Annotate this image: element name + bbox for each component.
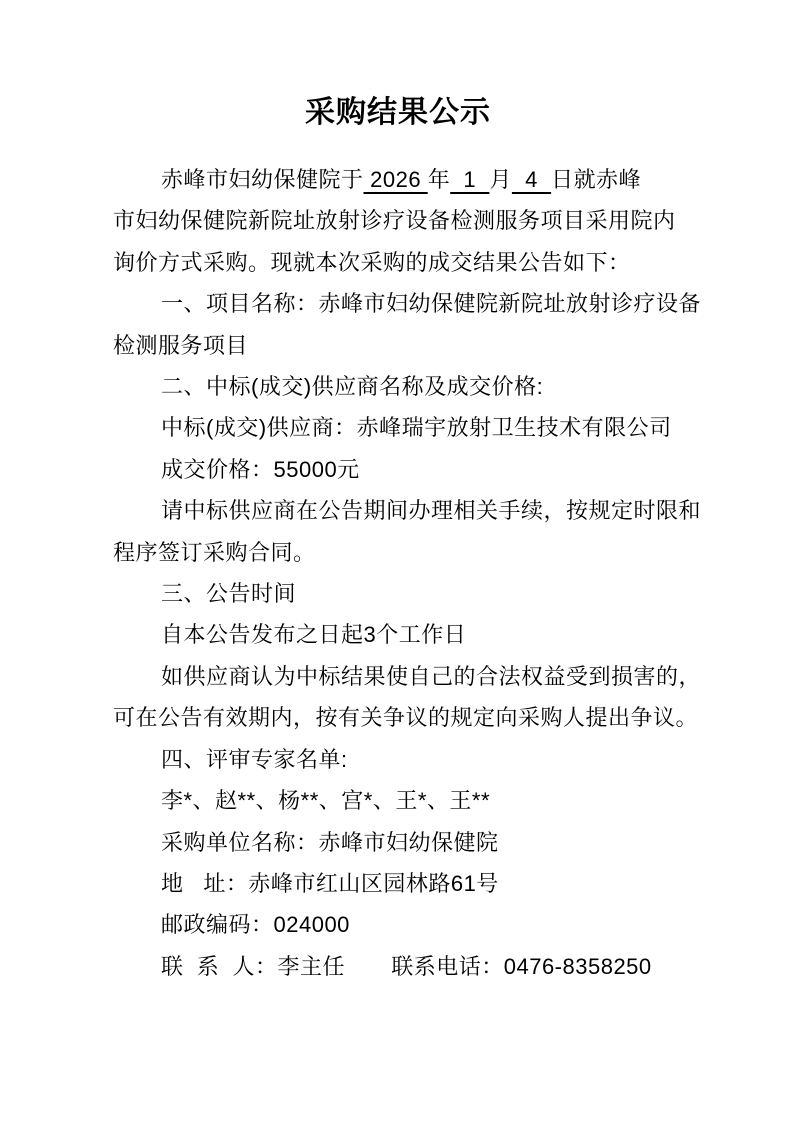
text-line: 一、项目名称：赤峰市妇幼保健院新院址放射诊疗设备: [113, 283, 683, 324]
text-line: 赤峰市妇幼保健院于 2026 年 1 月 4 日就赤峰: [113, 159, 683, 200]
text-line: 自本公告发布之日起3个工作日: [113, 614, 683, 655]
text-segment: 请中标供应商在公告期间办理相关手续，按规定时限和: [161, 498, 701, 523]
text-line: 可在公告有效期内，按有关争议的规定向采购人提出争议。: [113, 697, 683, 738]
text-segment: 三、公告时间: [161, 581, 296, 606]
text-line: 采购单位名称：赤峰市妇幼保健院: [113, 822, 683, 863]
text-line: 邮政编码：024000: [113, 904, 683, 945]
text-segment: 检测服务项目: [113, 333, 248, 358]
text-segment: 一、项目名称：赤峰市妇幼保健院新院址放射诊疗设备: [161, 291, 701, 316]
text-line: 中标(成交)供应商：赤峰瑞宇放射卫生技术有限公司: [113, 407, 683, 448]
underlined-blank: 4: [512, 167, 551, 192]
text-line: 地 址：赤峰市红山区园林路61号: [113, 863, 683, 904]
document-page: 采购结果公示 赤峰市妇幼保健院于 2026 年 1 月 4 日就赤峰市妇幼保健院…: [0, 0, 793, 1121]
text-line: 联 系 人：李主任 联系电话：0476-8358250: [113, 946, 683, 987]
document-title: 采购结果公示: [113, 96, 683, 130]
text-line: 程序签订采购合同。: [113, 532, 683, 573]
text-line: 检测服务项目: [113, 325, 683, 366]
text-segment: 年: [428, 167, 451, 192]
text-segment: 二、中标(成交)供应商名称及成交价格:: [161, 374, 543, 399]
text-line: 请中标供应商在公告期间办理相关手续，按规定时限和: [113, 490, 683, 531]
text-line: 成交价格：55000元: [113, 449, 683, 490]
text-segment: 地 址：赤峰市红山区园林路61号: [161, 871, 499, 896]
text-segment: 联 系 人：李主任 联系电话：0476-8358250: [161, 954, 652, 979]
text-segment: 月: [489, 167, 512, 192]
document-content: 采购结果公示 赤峰市妇幼保健院于 2026 年 1 月 4 日就赤峰市妇幼保健院…: [0, 0, 793, 987]
text-line: 市妇幼保健院新院址放射诊疗设备检测服务项目采用院内: [113, 200, 683, 241]
text-segment: 中标(成交)供应商：赤峰瑞宇放射卫生技术有限公司: [161, 415, 672, 440]
text-line: 二、中标(成交)供应商名称及成交价格:: [113, 366, 683, 407]
text-line: 李*、赵**、杨**、宫*、王*、王**: [113, 780, 683, 821]
text-segment: 市妇幼保健院新院址放射诊疗设备检测服务项目采用院内: [113, 208, 676, 233]
underlined-blank: 1: [450, 167, 489, 192]
text-segment: 赤峰市妇幼保健院于: [161, 167, 364, 192]
text-segment: 采购单位名称：赤峰市妇幼保健院: [161, 830, 499, 855]
text-segment: 日就赤峰: [551, 167, 641, 192]
text-line: 询价方式采购。现就本次采购的成交结果公告如下：: [113, 242, 683, 283]
text-segment: 李*、赵**、杨**、宫*、王*、王**: [161, 788, 490, 813]
text-segment: 可在公告有效期内，按有关争议的规定向采购人提出争议。: [113, 705, 698, 730]
text-segment: 如供应商认为中标结果使自己的合法权益受到损害的，: [161, 664, 701, 689]
underlined-blank: 2026: [364, 167, 428, 192]
text-line: 三、公告时间: [113, 573, 683, 614]
text-line: 如供应商认为中标结果使自己的合法权益受到损害的，: [113, 656, 683, 697]
text-segment: 询价方式采购。现就本次采购的成交结果公告如下：: [113, 250, 631, 275]
document-lines: 赤峰市妇幼保健院于 2026 年 1 月 4 日就赤峰市妇幼保健院新院址放射诊疗…: [113, 159, 683, 987]
text-segment: 四、评审专家名单:: [161, 747, 348, 772]
text-segment: 成交价格：55000元: [161, 457, 360, 482]
text-segment: 邮政编码：024000: [161, 912, 350, 937]
text-segment: 程序签订采购合同。: [113, 540, 316, 565]
text-line: 四、评审专家名单:: [113, 739, 683, 780]
text-segment: 自本公告发布之日起3个工作日: [161, 622, 466, 647]
